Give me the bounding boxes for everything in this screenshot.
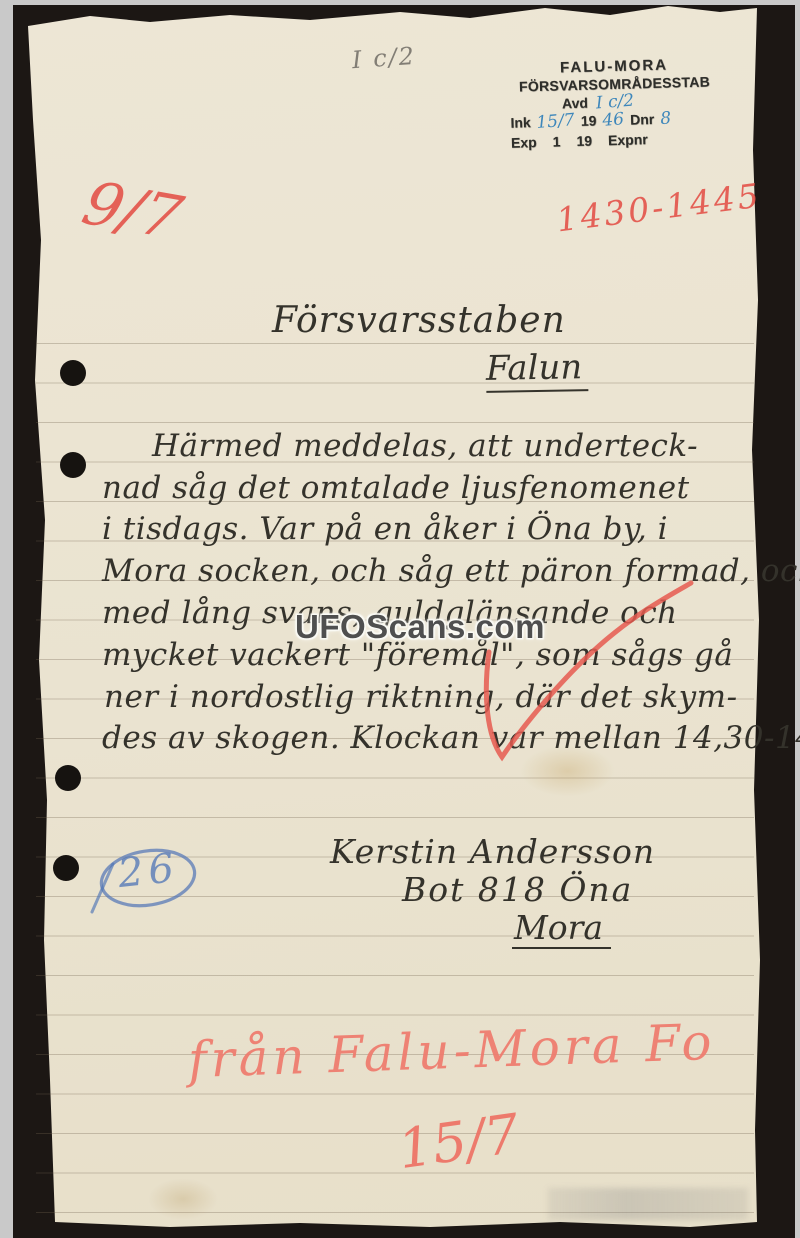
- watermark-text: UFOScans.com: [295, 608, 545, 646]
- circled-number: 26: [116, 845, 181, 897]
- signature-address: Bot 818 Öna: [402, 870, 633, 909]
- stamp-ink-row: Ink 15/7 19 46 Dnr 8: [506, 109, 724, 132]
- stamp-exp-value: 1: [552, 133, 560, 149]
- paper-stain: [520, 745, 615, 797]
- recipient-line2: Falun: [486, 347, 589, 393]
- pencil-reference-note: I c/2: [351, 42, 417, 74]
- stamp-dnr-label: Dnr: [630, 111, 655, 128]
- paper-stain: [148, 1178, 218, 1220]
- punch-hole: [60, 360, 86, 386]
- stamp-avd-label: Avd: [562, 95, 588, 112]
- stamp-expnr-label: Expnr: [608, 131, 648, 148]
- body-line: nad såg det omtalade ljusfenomenet: [102, 470, 690, 506]
- stamp-exp-year-prefix: 19: [576, 133, 592, 149]
- punch-hole: [60, 452, 86, 478]
- scan-artifact: [548, 1188, 748, 1220]
- signature-name: Kerstin Andersson: [330, 832, 655, 871]
- stamp-ink-value: 15/7: [536, 112, 575, 132]
- punch-hole: [53, 855, 79, 881]
- punch-hole: [55, 765, 81, 791]
- stamp-dnr-value: 8: [660, 110, 672, 128]
- body-line: i tisdags. Var på en åker i Öna by, i: [102, 511, 668, 547]
- stamp-ink-label: Ink: [510, 114, 531, 131]
- recipient-line1: Försvarsstaben: [272, 300, 566, 341]
- body-line: Mora socken, och såg ett päron formad, o…: [102, 553, 800, 589]
- body-line: ner i nordostlig riktning, där det skym-: [104, 679, 738, 715]
- scanned-document-page: I c/2 FALU-MORA FÖRSVARSOMRÅDESSTAB Avd …: [0, 0, 800, 1238]
- stamp-year-value: 46: [602, 111, 625, 130]
- registry-stamp: FALU-MORA FÖRSVARSOMRÅDESSTAB Avd I c/2 …: [505, 55, 725, 151]
- stamp-year-prefix: 19: [581, 112, 597, 128]
- body-line: Härmed meddelas, att underteck-: [152, 428, 698, 464]
- signature-place: Mora: [512, 908, 611, 949]
- body-line: des av skogen. Klockan var mellan 14,30-…: [102, 720, 800, 756]
- stamp-exp-label: Exp: [511, 134, 537, 151]
